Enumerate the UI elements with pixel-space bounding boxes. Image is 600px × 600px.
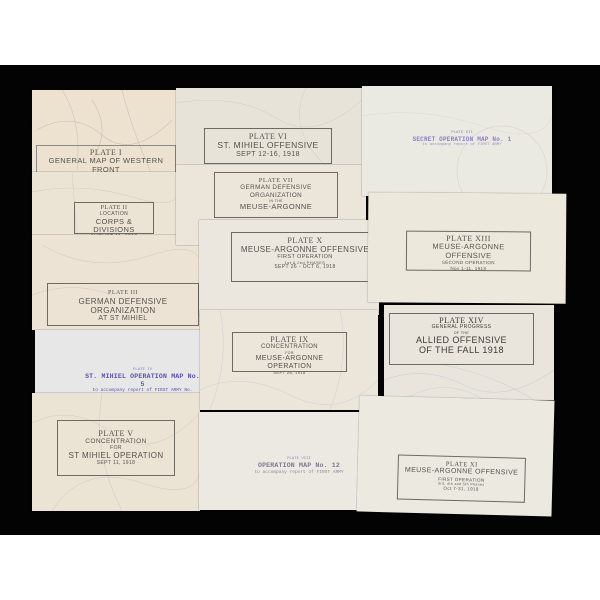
plate-label: PLATE VI ST. MIHIEL OFFENSIVE SEPT 12-16… xyxy=(204,128,332,164)
plate-viii: PLATE VIII OPERATION MAP No. 12 to accom… xyxy=(199,412,362,510)
plate-vi: PLATE VI ST. MIHIEL OFFENSIVE SEPT 12-16… xyxy=(176,88,364,166)
plate-ii: PLATE II LOCATION CORPS & DIVISIONS AUGU… xyxy=(32,172,177,237)
plate-label: PLATE IX CONCENTRATION FOR MEUSE-ARGONNE… xyxy=(232,332,347,372)
plate-label: PLATE III GERMAN DEFENSIVE ORGANIZATION … xyxy=(47,283,199,326)
plate-xi: PLATE XI MEUSE-ARGONNE OFFENSIVE FIRST O… xyxy=(357,395,555,516)
plate-label: PLATE X MEUSE-ARGONNE OFFENSIVE FIRST OP… xyxy=(231,232,379,282)
plate-stamp: PLATE XII SECRET OPERATION MAP No. 1 to … xyxy=(412,131,512,148)
plate-label: PLATE XIII MEUSE-ARGONNE OFFENSIVE SECON… xyxy=(406,231,531,272)
plate-label: PLATE V CONCENTRATION FOR ST MIHIEL OPER… xyxy=(57,420,175,476)
plate-xiv: PLATE XIV GENERAL PROGRESS OF THE ALLIED… xyxy=(384,305,554,400)
plate-label: PLATE XIV GENERAL PROGRESS OF THE ALLIED… xyxy=(389,313,534,365)
plate-i: PLATE I GENERAL MAP OF WESTERN FRONT xyxy=(32,90,177,175)
plate-iv: PLATE IV ST. MIHIEL OPERATION MAP No. 5 … xyxy=(35,330,205,395)
plate-label: PLATE I GENERAL MAP OF WESTERN FRONT xyxy=(36,145,176,173)
plate-label: PLATE XI MEUSE-ARGONNE OFFENSIVE FIRST O… xyxy=(397,454,526,502)
plate-x: PLATE X MEUSE-ARGONNE OFFENSIVE FIRST OP… xyxy=(199,220,379,315)
plate-stamp: PLATE IV ST. MIHIEL OPERATION MAP No. 5 … xyxy=(85,368,200,394)
plate-stamp: PLATE VIII OPERATION MAP No. 12 to accom… xyxy=(239,457,359,475)
plate-v: PLATE V CONCENTRATION FOR ST MIHIEL OPER… xyxy=(32,393,200,511)
plate-xiii: PLATE XIII MEUSE-ARGONNE OFFENSIVE SECON… xyxy=(368,192,567,303)
plate-xii: PLATE XII SECRET OPERATION MAP No. 1 to … xyxy=(362,86,552,196)
plate-label: PLATE II LOCATION CORPS & DIVISIONS AUGU… xyxy=(74,202,154,234)
plate-label: PLATE VII GERMAN DEFENSIVE ORGANIZATION … xyxy=(214,172,338,218)
plate-iii: PLATE III GERMAN DEFENSIVE ORGANIZATION … xyxy=(32,235,200,330)
plate-ix: PLATE IX CONCENTRATION FOR MEUSE-ARGONNE… xyxy=(200,310,378,410)
